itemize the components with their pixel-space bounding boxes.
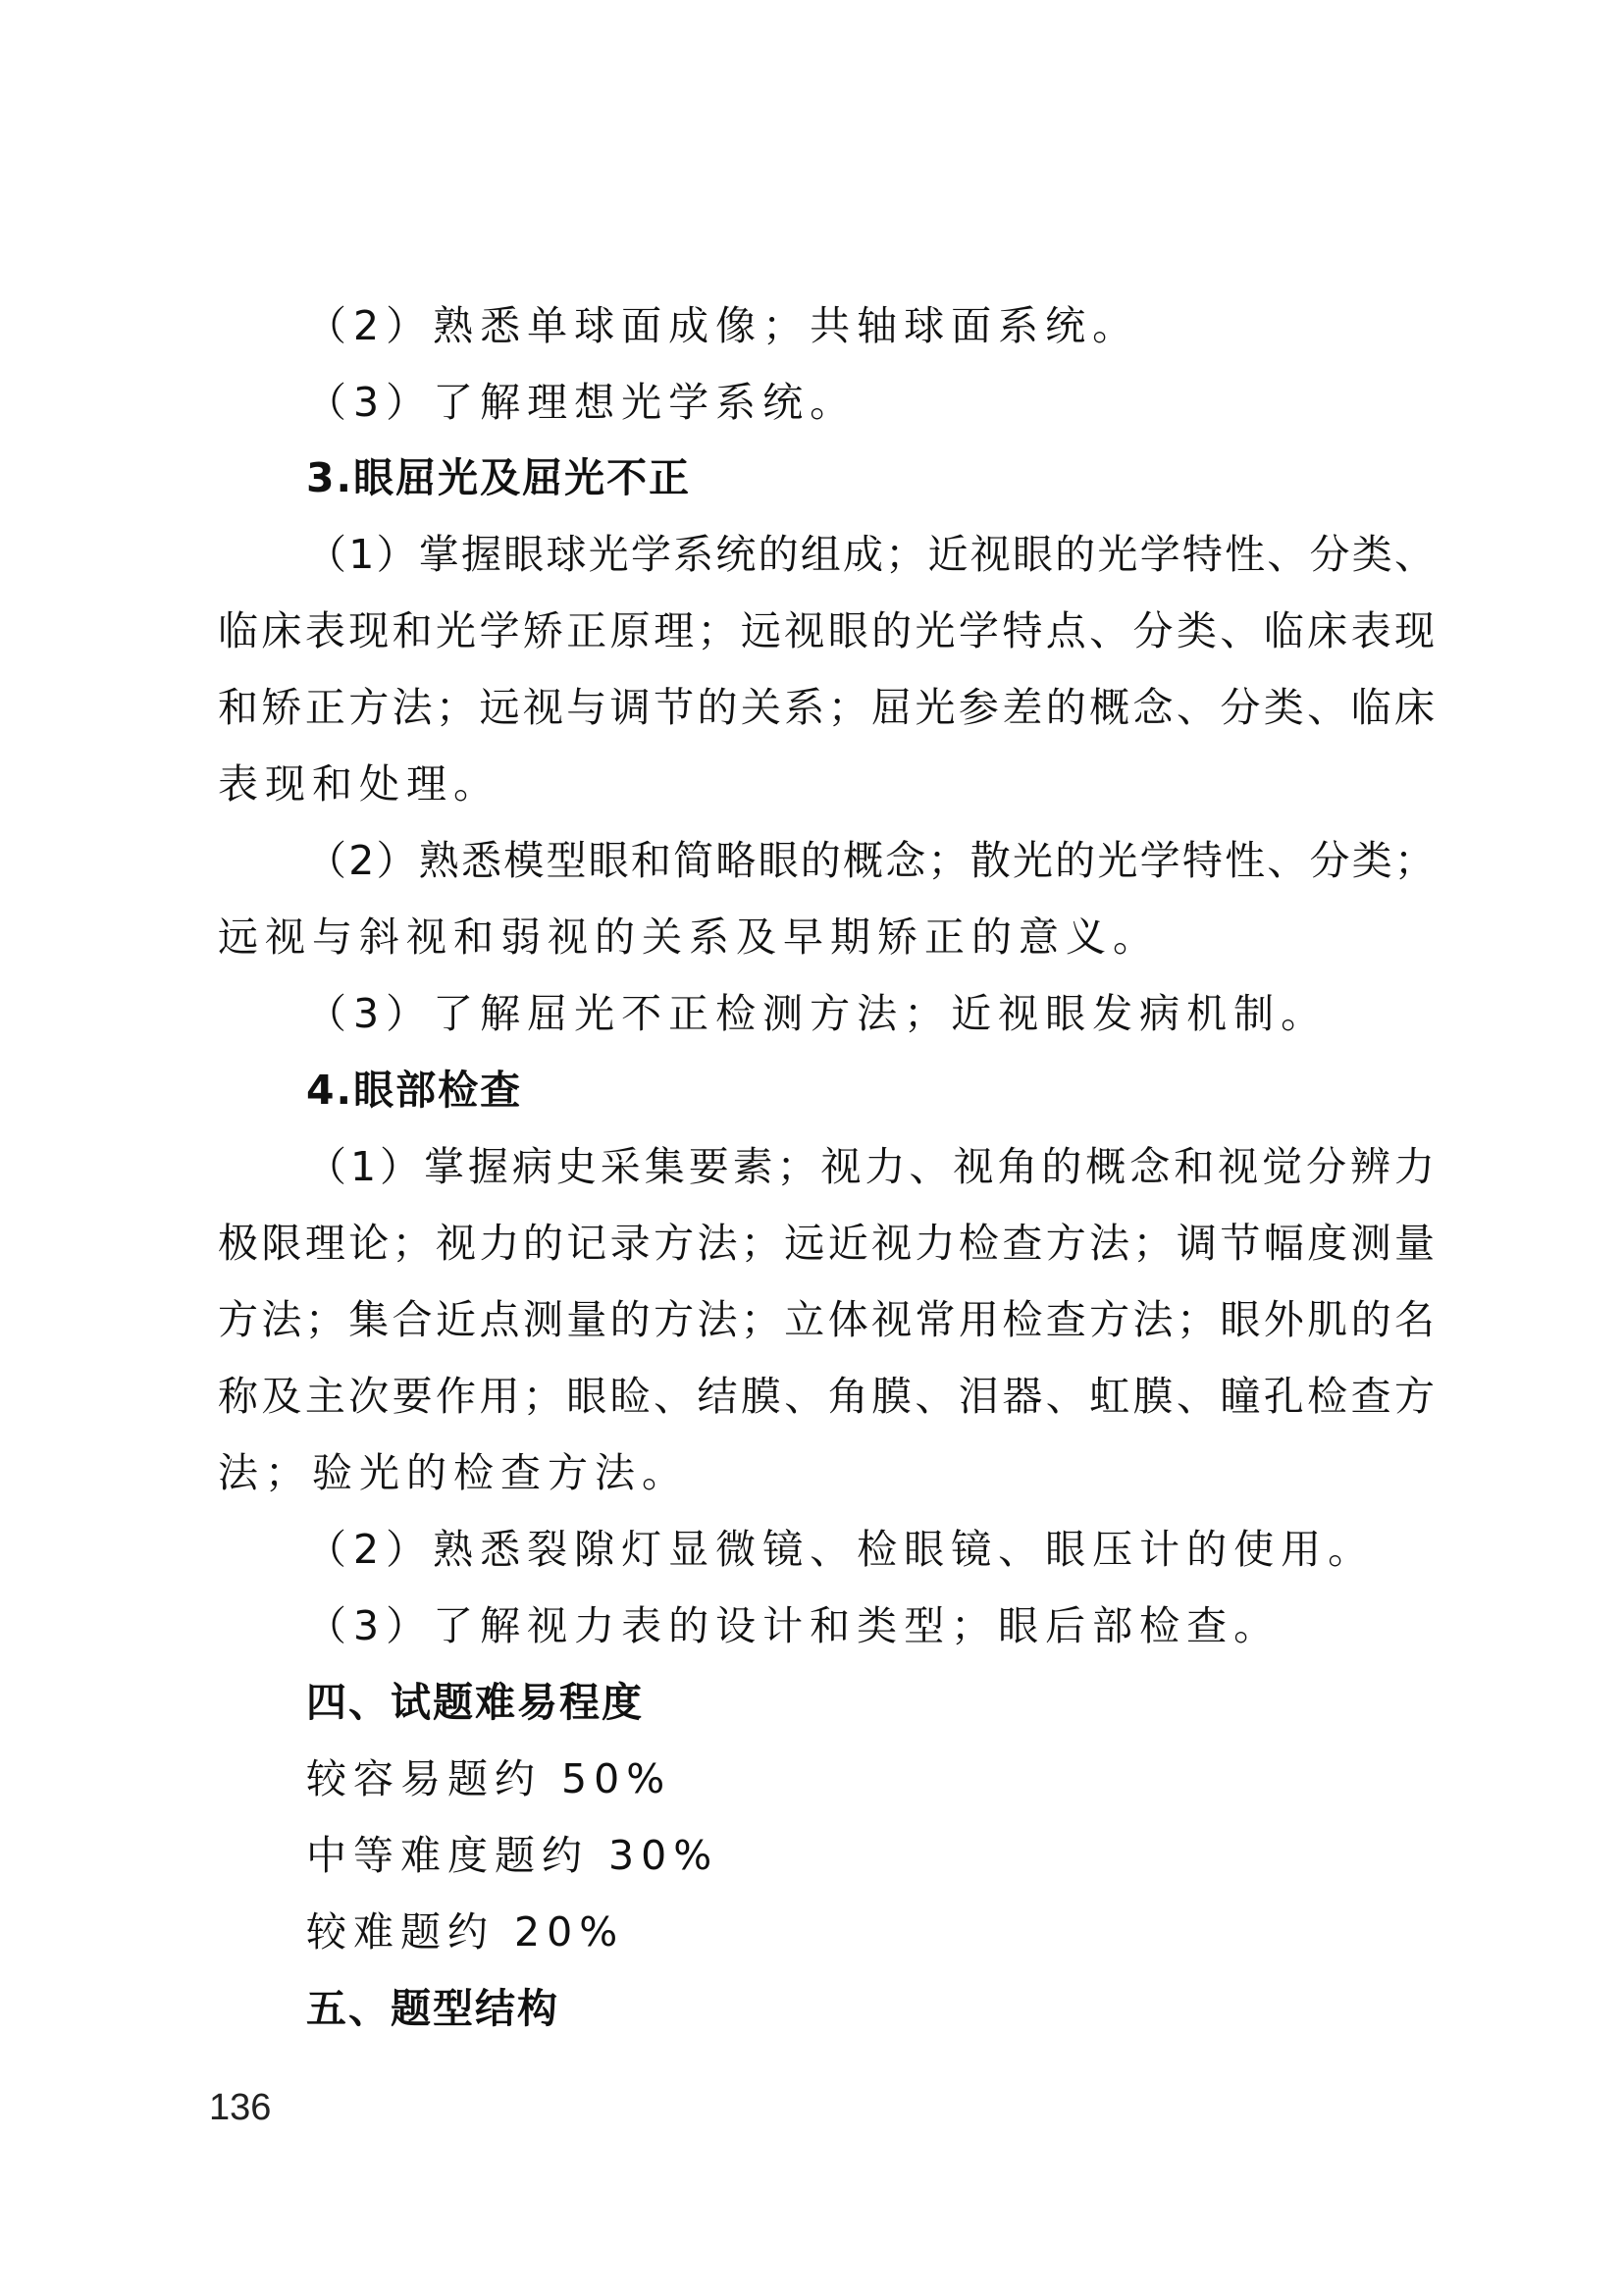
refraction-item-1-line-4: 表现和处理。 xyxy=(218,764,500,805)
section-heading-question-types: 五、题型结构 xyxy=(306,1989,559,2029)
refraction-item-1-line-1: （1）掌握眼球光学系统的组成；近视眼的光学特性、分类、 xyxy=(306,535,1435,575)
section-heading-difficulty: 四、试题难易程度 xyxy=(306,1683,644,1723)
section-heading-refraction: 3.眼屈光及屈光不正 xyxy=(306,458,691,498)
exam-item-1-line-4: 称及主次要作用；眼睑、结膜、角膜、泪器、虹膜、瞳孔检查方 xyxy=(218,1377,1435,1417)
exam-item-3: （3）了解视力表的设计和类型；眼后部检查。 xyxy=(306,1606,1281,1646)
refraction-item-1-line-3: 和矫正方法；远视与调节的关系；屈光参差的概念、分类、临床 xyxy=(218,688,1435,728)
page-number: 136 xyxy=(209,2087,271,2129)
difficulty-hard: 较难题约 20% xyxy=(306,1912,624,1953)
document-page: （2）熟悉单球面成像；共轴球面系统。 （3）了解理想光学系统。 3.眼屈光及屈光… xyxy=(0,0,1624,2295)
refraction-item-1-line-2: 临床表现和光学矫正原理；远视眼的光学特点、分类、临床表现 xyxy=(218,611,1435,652)
refraction-item-2-line-2: 远视与斜视和弱视的关系及早期矫正的意义。 xyxy=(218,917,1160,958)
section-heading-eye-exam: 4.眼部检查 xyxy=(306,1070,522,1111)
refraction-item-3: （3）了解屈光不正检测方法；近视眼发病机制。 xyxy=(306,994,1328,1034)
difficulty-easy: 较容易题约 50% xyxy=(306,1759,671,1799)
item-3-ideal-optics: （3）了解理想光学系统。 xyxy=(306,383,857,423)
exam-item-1-line-3: 方法；集合近点测量的方法；立体视常用检查方法；眼外肌的名 xyxy=(218,1300,1435,1340)
exam-item-1-line-5: 法；验光的检查方法。 xyxy=(218,1453,689,1493)
item-2-single-sphere: （2）熟悉单球面成像；共轴球面系统。 xyxy=(306,306,1139,346)
exam-item-2: （2）熟悉裂隙灯显微镜、检眼镜、眼压计的使用。 xyxy=(306,1530,1375,1570)
exam-item-1-line-2: 极限理论；视力的记录方法；远近视力检查方法；调节幅度测量 xyxy=(218,1224,1435,1264)
exam-item-1-line-1: （1）掌握病史采集要素；视力、视角的概念和视觉分辨力 xyxy=(306,1147,1435,1187)
refraction-item-2-line-1: （2）熟悉模型眼和简略眼的概念；散光的光学特性、分类； xyxy=(306,841,1435,881)
difficulty-medium: 中等难度题约 30% xyxy=(306,1836,718,1876)
